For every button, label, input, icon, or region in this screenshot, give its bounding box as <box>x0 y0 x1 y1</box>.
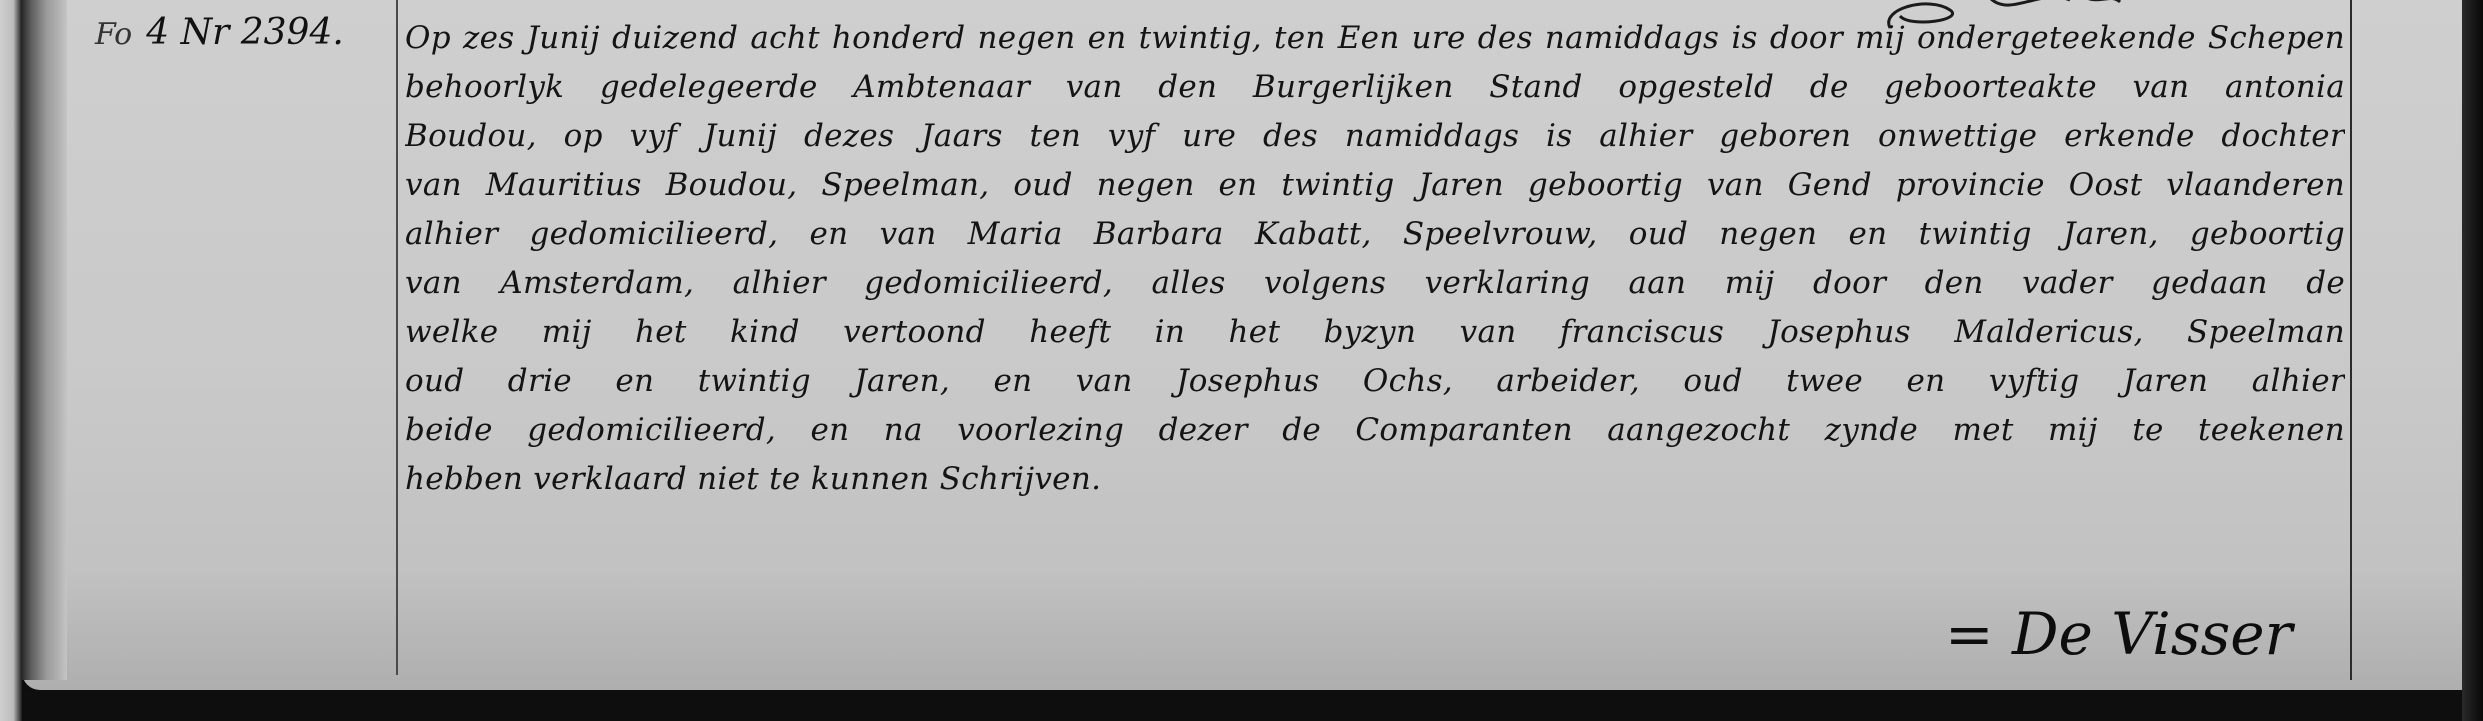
entry-line: van Amsterdam, alhier gedomicilieerd, al… <box>405 259 2345 308</box>
entry-line: hebben verklaard niet te kunnen Schrijve… <box>405 455 2345 504</box>
binding-shadow <box>22 0 67 680</box>
page-edge-left <box>0 0 22 721</box>
record-number: 4 Nr 2394. <box>146 12 344 53</box>
right-page-edge <box>2462 0 2483 721</box>
folio-label: Fo <box>95 17 132 52</box>
entry-line: oud drie en twintig Jaren, en van Joseph… <box>405 357 2345 406</box>
entry-line: welke mij het kind vertoond heeft in het… <box>405 308 2345 357</box>
official-signature: = De Visser <box>1945 600 2292 668</box>
entry-line: beide gedomicilieerd, en na voorlezing d… <box>405 406 2345 455</box>
entry-line: Boudou, op vyf Junij dezes Jaars ten vyf… <box>405 112 2345 161</box>
margin-rule <box>396 0 398 675</box>
entry-line: Op zes Junij duizend acht honderd negen … <box>405 14 2345 63</box>
entry-line: alhier gedomicilieerd, en van Maria Barb… <box>405 210 2345 259</box>
entry-line: van Mauritius Boudou, Speelman, oud nege… <box>405 161 2345 210</box>
record-entry-text: Op zes Junij duizend acht honderd negen … <box>405 14 2345 504</box>
right-column-rule <box>2350 0 2352 680</box>
record-number-block: Fo 4 Nr 2394. <box>95 12 344 62</box>
entry-line: behoorlyk gedelegeerde Ambtenaar van den… <box>405 63 2345 112</box>
